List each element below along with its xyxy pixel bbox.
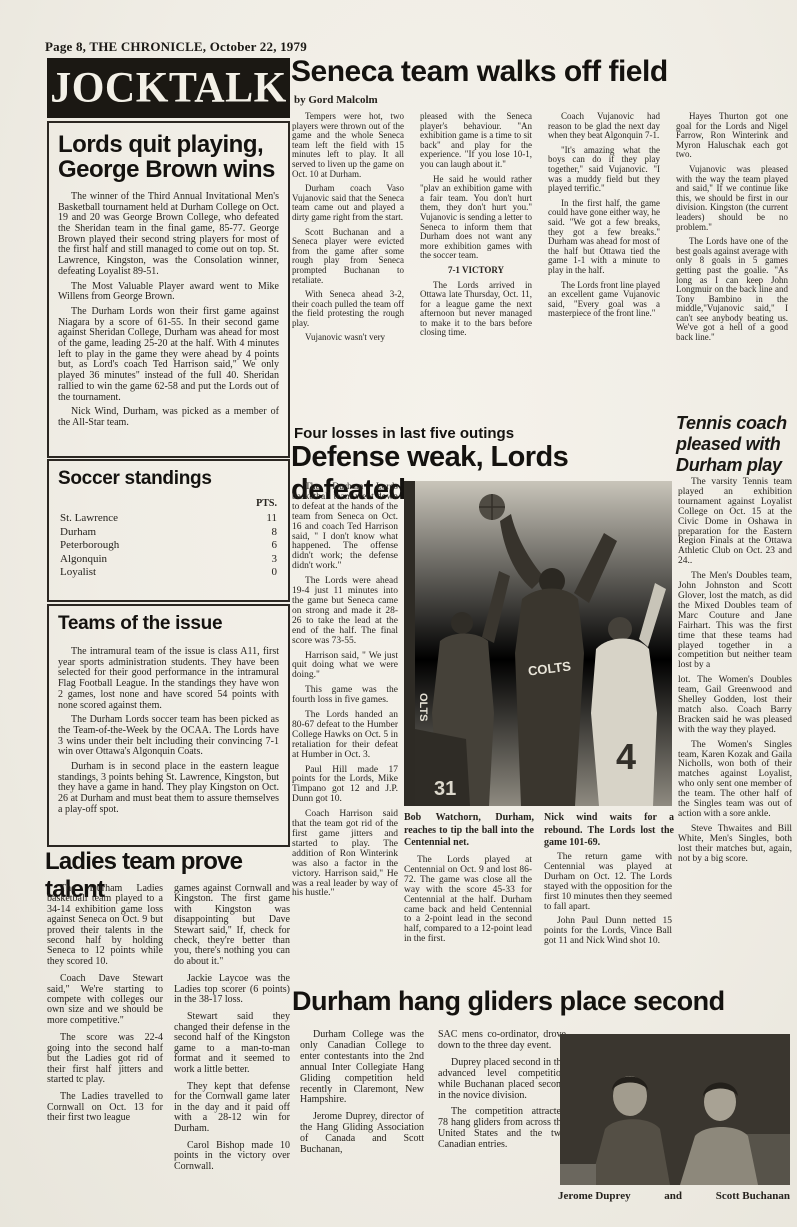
paragraph: Stewart said they changed their defense … [174, 1012, 290, 1074]
seneca-subhead: 7-1 VICTORY [420, 266, 532, 276]
defense-column-1: The Durham Lords basketball team went do… [292, 483, 398, 904]
paragraph: Jerome Duprey, director of the Hang Glid… [300, 1112, 424, 1156]
tennis-headline: Tennis coach pleased with Durham play [676, 413, 794, 476]
paragraph: Hayes Thurton got one goal for the Lords… [676, 112, 788, 160]
paragraph: pleased with the Seneca player's behavio… [420, 112, 532, 170]
hang-gliders-caption: Jerome Duprey and Scott Buchanan [558, 1190, 790, 1202]
paragraph: John Paul Dunn netted 15 points for the … [544, 917, 672, 947]
team-name: Peterborough [60, 539, 119, 553]
lords-quit-headline: Lords quit playing, George Brown wins [58, 132, 279, 183]
paragraph: The Most Valuable Player award went to M… [58, 282, 279, 303]
team-name: Durham [60, 526, 96, 540]
jersey-number-left: 31 [434, 778, 456, 800]
paragraph: He said he would rather "plav an exhibit… [420, 175, 532, 261]
paragraph: The varsity Tennis team played an exhibi… [678, 478, 792, 567]
jersey-number-right: 4 [616, 736, 636, 777]
paragraph: Duprey placed second in the advanced lev… [438, 1058, 566, 1102]
defense-column-2: The Lords played at Centennial on Oct. 9… [404, 856, 532, 950]
paragraph: Steve Thwaites and Bill White, Men's Sin… [678, 825, 792, 865]
paragraph: Carol Bishop made 10 points in the victo… [174, 1141, 290, 1172]
tennis-article: The varsity Tennis team played an exhibi… [678, 478, 792, 870]
standings-table: St. Lawrence 11 Durham 8 Peterborough 6 … [58, 512, 279, 580]
soccer-standings-title: Soccer standings [58, 468, 279, 490]
defense-kicker: Four losses in last five outings [294, 425, 514, 442]
paragraph: The return game with Centennial was play… [544, 853, 672, 912]
teams-of-issue-headline: Teams of the issue [58, 613, 279, 635]
paragraph: Nick Wind, Durham, was picked as a membe… [58, 407, 279, 428]
paragraph: With Seneca ahead 3-2, their coach pulle… [292, 290, 404, 328]
paragraph: The Ladies travelled to Cornwall on Oct.… [47, 1092, 163, 1123]
paragraph: Durham College was the only Canadian Col… [300, 1030, 424, 1106]
paragraph: In the first half, the game could have g… [548, 199, 660, 276]
team-name: Algonquin [60, 553, 107, 567]
seneca-column-3: Coach Vujanovic had reason to be glad th… [548, 112, 660, 348]
seneca-column-2-top: pleased with the Seneca player's behavio… [420, 112, 532, 261]
paragraph: Vujanovic wasn't very [292, 333, 404, 343]
paragraph: The Lords played at Centennial on Oct. 9… [404, 856, 532, 945]
standings-row: Durham 8 [58, 526, 279, 540]
standings-row: Algonquin 3 [58, 553, 279, 567]
paragraph: Coach Harrison said that the team got ri… [292, 810, 398, 899]
paragraph: This game was the fourth loss in five ga… [292, 686, 398, 706]
team-name: St. Lawrence [60, 512, 118, 526]
paragraph: Vujanovic was pleased with the way the t… [676, 165, 788, 232]
paragraph: The Lords front line played an excellent… [548, 281, 660, 319]
jocktalk-banner: JOCKTALK [47, 58, 290, 118]
basketball-photo: COLTS OLTS 31 4 [404, 481, 672, 806]
paragraph: The winner of the Third Annual Invitatio… [58, 192, 279, 278]
seneca-article: Tempers were hot, two players were throw… [292, 112, 789, 348]
article-teams-of-issue: Teams of the issue The intramural team o… [47, 604, 290, 847]
team-points: 8 [272, 526, 278, 540]
seneca-column-2: pleased with the Seneca player's behavio… [420, 112, 532, 348]
caption-name-right: Scott Buchanan [716, 1190, 790, 1202]
hang-gliders-photo [560, 1034, 790, 1185]
paragraph: The score was 22-4 going into the second… [47, 1033, 163, 1085]
article-lords-quit: Lords quit playing, George Brown wins Th… [47, 121, 290, 458]
team-points: 0 [272, 566, 278, 580]
masthead: Page 8, THE CHRONICLE, October 22, 1979 [45, 39, 307, 55]
paragraph: The Lords were ahead 19-4 just 11 minute… [292, 577, 398, 646]
paragraph: "It's amazing what the boys can do if th… [548, 146, 660, 194]
ladies-article: The Durham Ladies basketball team played… [47, 884, 290, 1179]
hang-gliders-article: Durham College was the only Canadian Col… [300, 1030, 566, 1162]
paragraph: The Durham Lords soccer team has been pi… [58, 715, 279, 758]
paragraph: The intramural team of the issue is clas… [58, 647, 279, 711]
jersey-left-vertical-text: OLTS [417, 693, 429, 722]
team-points: 3 [272, 553, 278, 567]
paragraph: The competition attracted 78 hang glider… [438, 1107, 566, 1151]
seneca-column-2-bottom: The Lords arrived in Ottawa late Thursda… [420, 281, 532, 339]
standings-row: Loyalist 0 [58, 566, 279, 580]
caption-name-left: Jerome Duprey [558, 1190, 631, 1202]
paragraph: The Women's Singles team, Karen Kozak an… [678, 741, 792, 820]
paragraph: games against Cornwall and Kingston. The… [174, 884, 290, 967]
paragraph: lot. The Women's Doubles team, Gail Gree… [678, 676, 792, 735]
paragraph: The Men's Doubles team, John Johnston an… [678, 572, 792, 671]
lords-quit-body: The winner of the Third Annual Invitatio… [58, 192, 279, 429]
paragraph: SAC mens co-ordinator, drove down to the… [438, 1030, 566, 1052]
jocktalk-title: JOCKTALK [50, 63, 287, 113]
seneca-byline: by Gord Malcolm [294, 94, 378, 106]
paragraph: Tempers were hot, two players were throw… [292, 112, 404, 179]
hang-gliders-photo-art [560, 1034, 790, 1185]
paragraph: The Lords handed an 80-67 defeat to the … [292, 711, 398, 761]
standings-row: Peterborough 6 [58, 539, 279, 553]
defense-column-3: The return game with Centennial was play… [544, 853, 672, 952]
photo-caption-left: Bob Watchorn, Durham, reaches to tip the… [404, 812, 534, 850]
hang-gliders-column-2: SAC mens co-ordinator, drove down to the… [438, 1030, 566, 1162]
ladies-column-1: The Durham Ladies basketball team played… [47, 884, 163, 1179]
photo-caption-right: Nick wind waits for a rebound. The Lords… [544, 812, 674, 850]
paragraph: Paul Hill made 17 points for the Lords, … [292, 766, 398, 806]
paragraph: Scott Buchanan and a Seneca player were … [292, 228, 404, 286]
teams-of-issue-body: The intramural team of the issue is clas… [58, 647, 279, 816]
hang-gliders-column-1: Durham College was the only Canadian Col… [300, 1030, 424, 1162]
paragraph: Durham is in second place in the eastern… [58, 762, 279, 816]
paragraph: Durham coach Vaso Vujanovic said that th… [292, 184, 404, 222]
paragraph: The Durham Lords basketball team went do… [292, 483, 398, 572]
caption-and: and [664, 1190, 682, 1202]
paragraph: Harrison said, " We just quit doing what… [292, 652, 398, 682]
paragraph: Coach Dave Stewart said," We're starting… [47, 974, 163, 1026]
team-points: 11 [266, 512, 277, 526]
ladies-column-2: games against Cornwall and Kingston. The… [174, 884, 290, 1179]
paragraph: Coach Vujanovic had reason to be glad th… [548, 112, 660, 141]
points-header: PTS. [58, 498, 277, 509]
standings-row: St. Lawrence 11 [58, 512, 279, 526]
seneca-column-4: Hayes Thurton got one goal for the Lords… [676, 112, 788, 348]
paragraph: The Durham Lords won their first game ag… [58, 307, 279, 403]
paragraph: The Durham Ladies basketball team played… [47, 884, 163, 967]
team-points: 6 [272, 539, 278, 553]
seneca-headline: Seneca team walks off field [291, 55, 796, 89]
hang-gliders-headline: Durham hang gliders place second [292, 986, 762, 1017]
newspaper-page: Page 8, THE CHRONICLE, October 22, 1979 … [0, 0, 797, 1227]
paragraph: The Lords have one of the best goals aga… [676, 237, 788, 343]
paragraph: They kept that defense for the Cornwall … [174, 1082, 290, 1134]
paragraph: The Lords arrived in Ottawa late Thursda… [420, 281, 532, 339]
soccer-standings-box: Soccer standings PTS. St. Lawrence 11 Du… [47, 459, 290, 602]
paragraph: Jackie Laycoe was the Ladies top scorer … [174, 974, 290, 1005]
basketball-photo-art: COLTS OLTS 31 4 [404, 481, 672, 806]
seneca-column-1: Tempers were hot, two players were throw… [292, 112, 404, 348]
team-name: Loyalist [60, 566, 96, 580]
